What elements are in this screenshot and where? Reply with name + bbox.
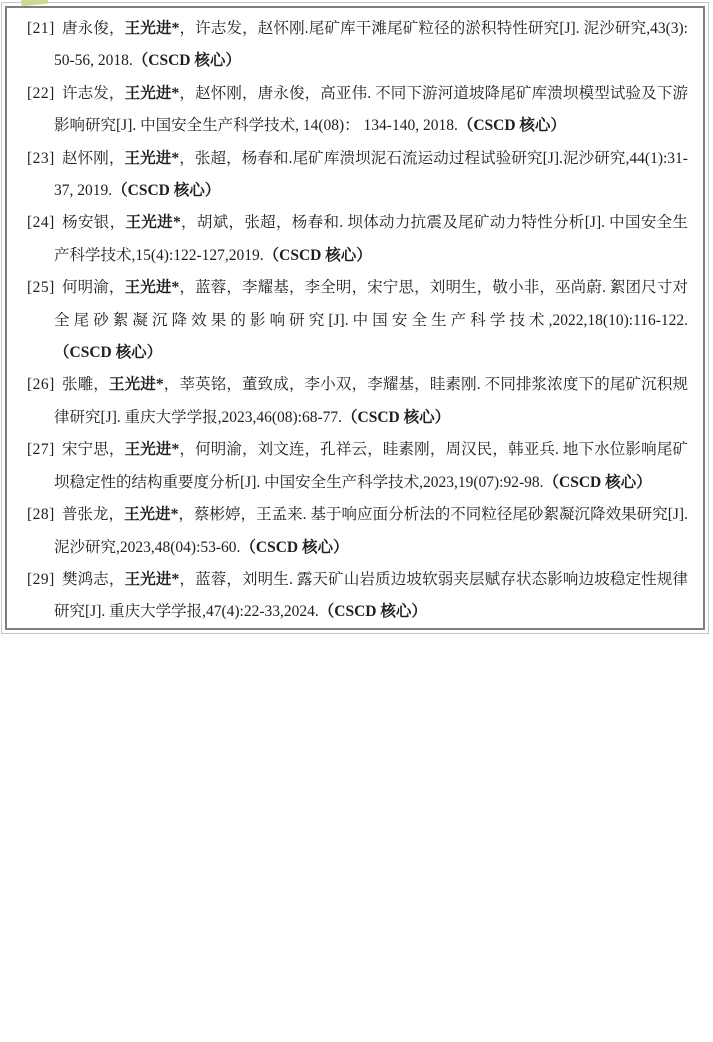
corresponding-author-name: 王光进* [124,506,178,523]
reference-number: [23] [27,150,55,167]
reference-authors-before: 张雕， [62,376,109,393]
corresponding-author-name: 王光进* [109,376,164,393]
reference-item: [22]许志发，王光进*，赵怀刚，唐永俊，高亚伟. 不同下游河道坡降尾矿库溃坝模… [27,78,688,143]
reference-authors-before: 赵怀刚， [62,150,125,167]
cscd-core-badge: （CSCD 核心） [458,117,566,134]
cscd-core-badge: （CSCD 核心） [544,474,652,491]
corresponding-author-name: 王光进* [125,214,180,231]
reference-authors-before: 宋宁思， [62,441,125,458]
reference-list: [21]唐永俊，王光进*，许志发，赵怀刚.尾矿库干滩尾矿粒径的淤积特性研究[J]… [27,13,688,629]
reference-number: [24] [27,214,55,231]
reference-item: [27]宋宁思，王光进*，何明渝，刘文连，孔祥云，眭素刚，周汉民，韩亚兵. 地下… [27,434,688,499]
reference-number: [29] [27,571,55,588]
cscd-core-badge: （CSCD 核心） [342,409,450,426]
reference-number: [28] [27,506,55,523]
reference-authors-before: 樊鸿志， [62,571,125,588]
cscd-core-badge: （CSCD 核心） [112,182,220,199]
reference-item: [29]樊鸿志，王光进*，蓝蓉，刘明生. 露天矿山岩质边坡软弱夹层赋存状态影响边… [27,564,688,629]
reference-authors-before: 普张龙， [62,506,124,523]
reference-number: [22] [27,85,55,102]
cscd-core-badge: （CSCD 核心） [264,247,372,264]
reference-item: [25]何明渝，王光进*，蓝蓉，李耀基，李全明，宋宁思，刘明生，敬小非，巫尚蔚.… [27,272,688,369]
reference-item: [21]唐永俊，王光进*，许志发，赵怀刚.尾矿库干滩尾矿粒径的淤积特性研究[J]… [27,13,688,78]
reference-item: [26]张雕，王光进*，莘英铭，董致成，李小双，李耀基，眭素刚. 不同排浆浓度下… [27,369,688,434]
reference-table-cell: [21]唐永俊，王光进*，许志发，赵怀刚.尾矿库干滩尾矿粒径的淤积特性研究[J]… [5,6,705,630]
reference-number: [25] [27,279,55,296]
reference-authors-before: 唐永俊， [62,20,125,37]
corresponding-author-name: 王光进* [125,279,180,296]
corresponding-author-name: 王光进* [124,150,179,167]
reference-item: [23]赵怀刚，王光进*，张超，杨春和.尾矿库溃坝泥石流运动过程试验研究[J].… [27,143,688,208]
cscd-core-badge: （CSCD 核心） [54,344,162,361]
cscd-core-badge: （CSCD 核心） [240,539,348,556]
reference-authors-before: 何明渝， [62,279,125,296]
reference-authors-before: 许志发， [62,85,125,102]
reference-item: [24]杨安银，王光进*，胡斌，张超，杨春和. 坝体动力抗震及尾矿动力特性分析[… [27,207,688,272]
reference-item: [28]普张龙，王光进*，蔡彬婷，王孟来. 基于响应面分析法的不同粒径尾砂絮凝沉… [27,499,688,564]
reference-table-border: [21]唐永俊，王光进*，许志发，赵怀刚.尾矿库干滩尾矿粒径的淤积特性研究[J]… [1,2,709,634]
reference-number: [21] [27,20,55,37]
reference-number: [26] [27,376,55,393]
corresponding-author-name: 王光进* [125,441,180,458]
corresponding-author-name: 王光进* [125,85,180,102]
reference-number: [27] [27,441,55,458]
reference-authors-before: 杨安银， [62,214,126,231]
corresponding-author-name: 王光进* [125,571,180,588]
corresponding-author-name: 王光进* [125,20,180,37]
cscd-core-badge: （CSCD 核心） [133,52,241,69]
cscd-core-badge: （CSCD 核心） [319,603,427,620]
